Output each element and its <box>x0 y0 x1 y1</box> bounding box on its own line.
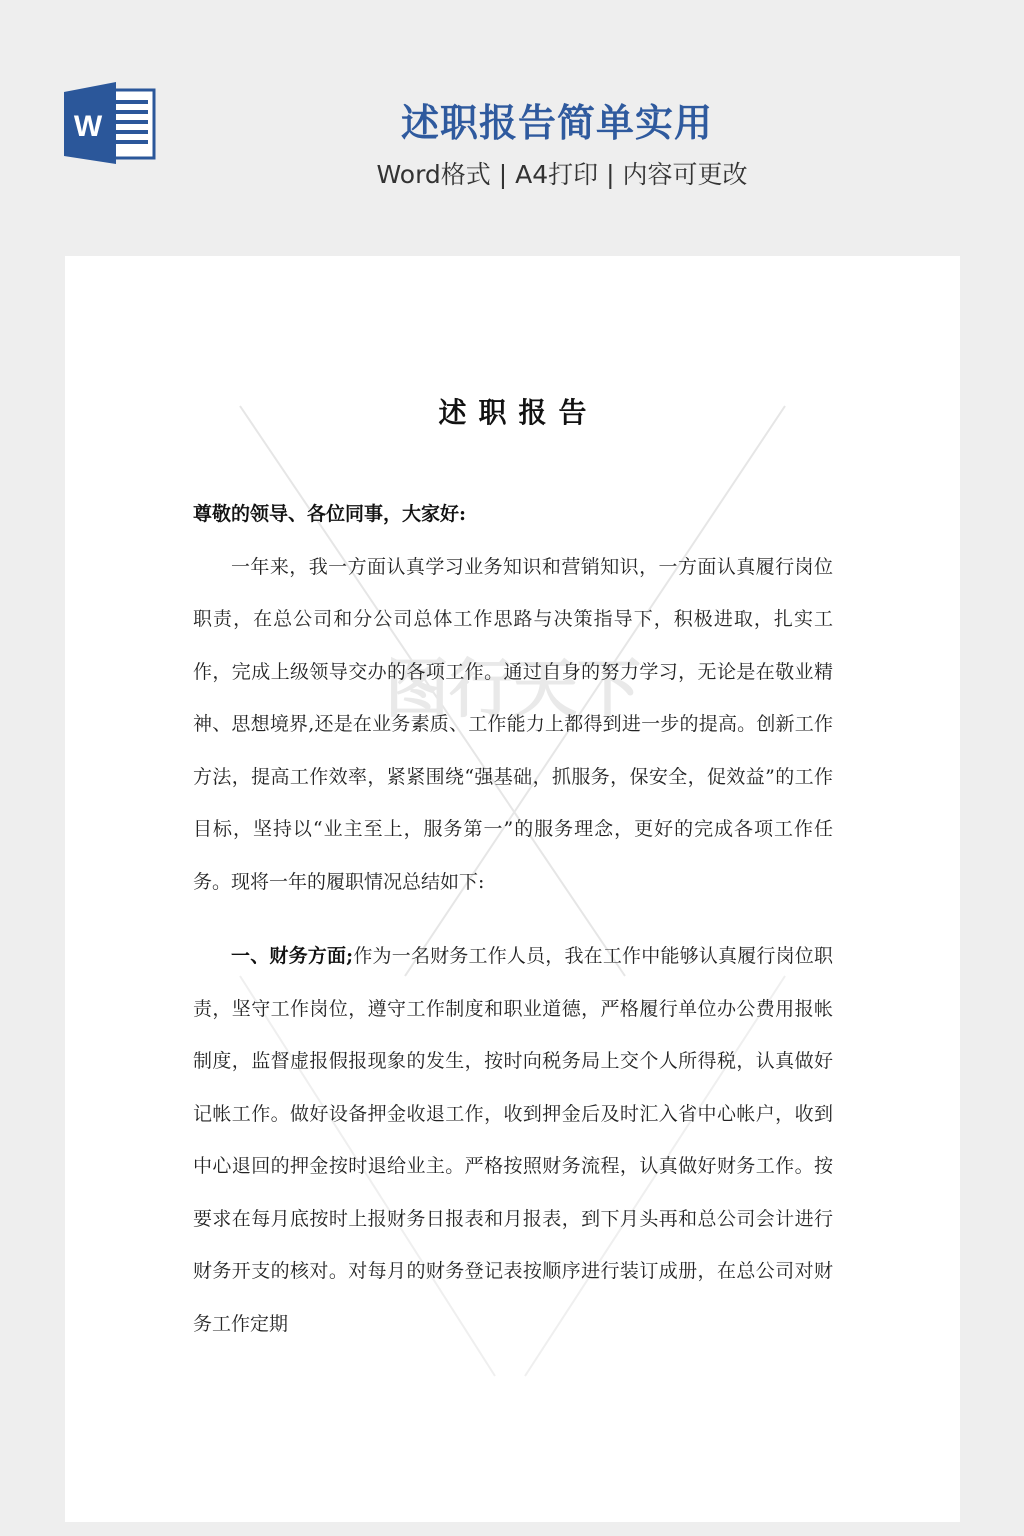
section-text: 作为一名财务工作人员，我在工作中能够认真履行岗位职责，坚守工作岗位，遵守工作制度… <box>193 945 833 1335</box>
document-body: 尊敬的领导、各位同事，大家好: 一年来，我一方面认真学习业务知识和营销知识，一方… <box>193 488 833 1350</box>
section-heading: 一、财务方面; <box>231 945 353 967</box>
page-subtitle: Word格式 | A4打印 | 内容可更改 <box>0 155 1024 191</box>
greeting: 尊敬的领导、各位同事，大家好: <box>193 488 833 541</box>
document-title: 述职报告 <box>65 391 960 431</box>
section-finance: 一、财务方面;作为一名财务工作人员，我在工作中能够认真履行岗位职责，坚守工作岗位… <box>193 930 833 1350</box>
intro-paragraph: 一年来，我一方面认真学习业务知识和营销知识，一方面认真履行岗位职责，在总公司和分… <box>193 541 833 909</box>
document-page: 图行天下 述职报告 尊敬的领导、各位同事，大家好: 一年来，我一方面认真学习业务… <box>65 256 960 1522</box>
page-title: 述职报告简单实用 <box>0 92 1024 147</box>
